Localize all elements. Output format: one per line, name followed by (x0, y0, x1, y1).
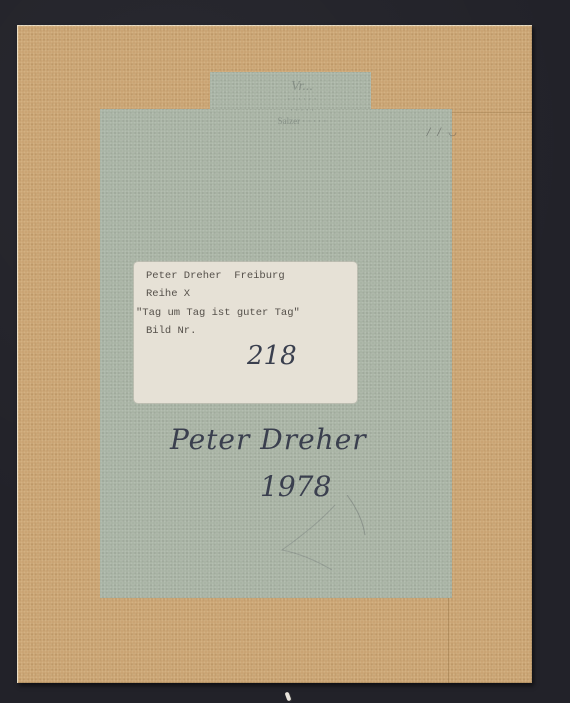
label-series-line: Reihe X (146, 288, 190, 300)
stamp-line: · · · · · (232, 105, 372, 116)
label-title-line: "Tag um Tag ist guter Tag" (136, 307, 300, 319)
stamp-line: · · · · · · (232, 94, 372, 105)
pencil-corner-mark: / / ◡ (427, 127, 459, 138)
typed-label: Peter Dreher Freiburg Reihe X "Tag um Ta… (134, 262, 357, 403)
faint-stamp: Vr... · · · · · · · · · · · Salzer · · ·… (232, 80, 372, 127)
stamp-line: Salzer · · · · · (232, 116, 372, 127)
handwritten-picture-number: 218 (247, 341, 297, 371)
label-number-line: Bild Nr. (146, 325, 196, 337)
label-artist-line: Peter Dreher Freiburg (146, 270, 285, 282)
cardboard-backing: Vr... · · · · · · · · · · · Salzer · · ·… (17, 25, 532, 683)
faint-pencil-stroke (277, 495, 387, 575)
handwritten-signature: Peter Dreher (170, 423, 367, 456)
stamp-signature: Vr... (232, 80, 372, 94)
